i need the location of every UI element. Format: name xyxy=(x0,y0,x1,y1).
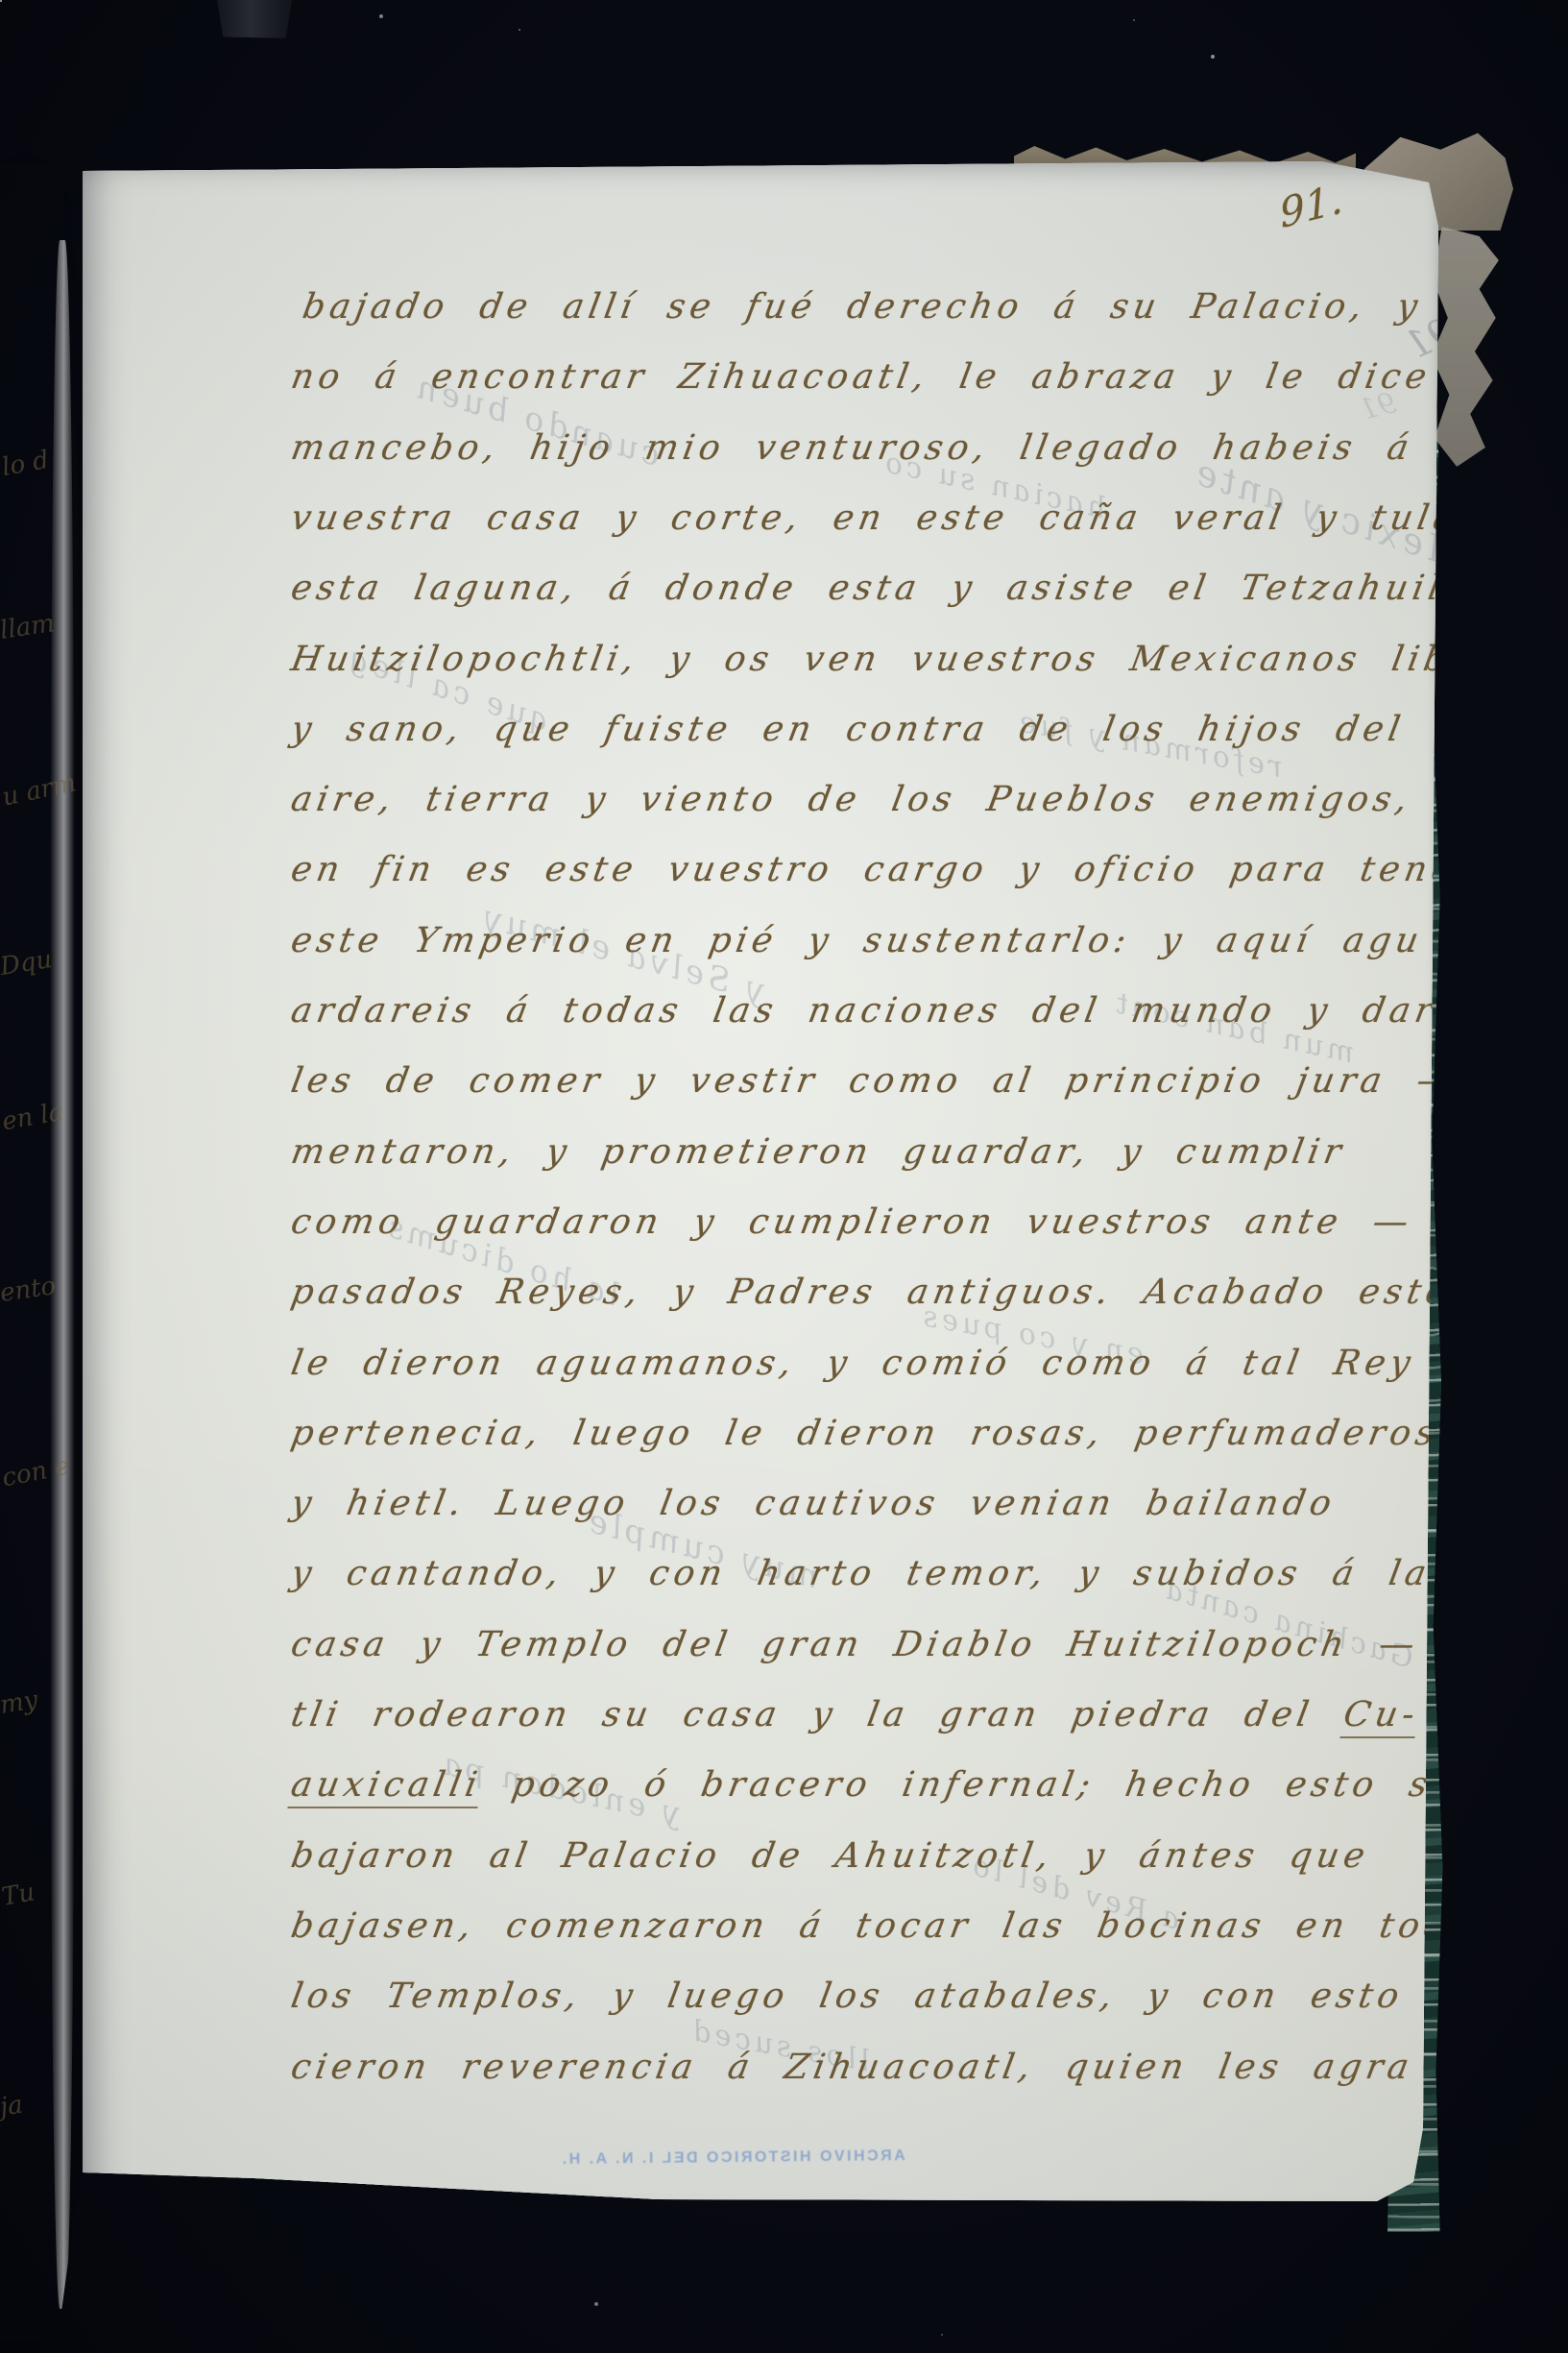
manuscript-line: este Ymperio en pié y sustentarlo: y aqu… xyxy=(288,921,1497,960)
manuscript-line: mentaron, y prometieron guardar, y cumpl… xyxy=(288,1132,1349,1172)
manuscript-line: aire, tierra y viento de los Pueblos ene… xyxy=(288,780,1511,819)
manuscript-line: los Templos, y luego los atabales, y con… xyxy=(288,1977,1551,2016)
manuscript-line: pertenecia, luego le dieron rosas, perfu… xyxy=(288,1414,1441,1453)
facing-page-text-fragment: lo d xyxy=(0,446,51,482)
manuscript-line: en fin es este vuestro cargo y oficio pa… xyxy=(288,850,1482,889)
manuscript-line: auxicalli pozo ó bracero infernal; hecho… xyxy=(288,1765,1460,1805)
manuscript-line: le dieron aguamanos, y comió como á tal … xyxy=(288,1344,1418,1383)
manuscript-line: y sano, que fuiste en contra de los hijo… xyxy=(288,710,1503,749)
manuscript-line: pasados Reyes, y Padres antiguos. Acabad… xyxy=(288,1273,1455,1312)
facing-page-text-fragment: Dqu xyxy=(0,945,54,982)
manuscript-line: como guardaron y cumplieron vuestros ant… xyxy=(288,1202,1416,1242)
manuscript-page: cuando buenhacian su coque ca llegreform… xyxy=(83,161,1438,2213)
manuscript-line: bajaron al Palacio de Ahuitzotl, y ántes… xyxy=(288,1836,1372,1876)
manuscript-line: les de comer y vestir como al principio … xyxy=(288,1061,1460,1101)
manuscript-line: y cantando, y con harto temor, y subidos… xyxy=(288,1554,1434,1593)
manuscript-line: vuestra casa y corte, en este caña veral… xyxy=(288,498,1567,538)
manuscript-line: Huitzilopochtli, y os ven vuestros Mexic… xyxy=(288,640,1501,679)
facing-page-text-fragment: Tu xyxy=(0,1878,36,1911)
spine-ribbon xyxy=(217,0,292,38)
dust-specks xyxy=(0,0,2,2)
torn-paper-remnant-right xyxy=(1427,227,1502,467)
facing-page-text-fragment: ja xyxy=(0,2091,25,2123)
photographed-manuscript: lo dllamu armDquen laentocon emyTuja cua… xyxy=(0,0,1568,2353)
facing-page-text-fragment: my xyxy=(0,1686,39,1720)
manuscript-line: casa y Templo del gran Diablo Huitzilopo… xyxy=(288,1625,1422,1664)
facing-page-text-fragment: llam xyxy=(0,609,57,645)
manuscript-line: ardareis á todas las naciones del mundo … xyxy=(288,991,1510,1031)
manuscript-line: no á encontrar Zihuacoatl, le abraza y l… xyxy=(288,357,1435,397)
manuscript-line: tli rodearon su casa y la gran piedra de… xyxy=(288,1695,1422,1734)
manuscript-line: esta laguna, á donde esta y asiste el Te… xyxy=(288,569,1518,608)
manuscript-line: bajasen, comenzaron á tocar las bocinas … xyxy=(288,1906,1503,1946)
manuscript-line: bajado de allí se fué derecho á su Palac… xyxy=(300,287,1568,327)
manuscript-line: cieron reverencia á Zihuacoatl, quien le… xyxy=(288,2048,1487,2087)
manuscript-line: mancebo, hijo mio venturoso, llegado hab… xyxy=(288,428,1416,468)
facing-page-sliver: lo dllamu armDquen laentocon emyTuja xyxy=(0,152,88,2353)
manuscript-line: y hietl. Luego los cautivos venian baila… xyxy=(288,1484,1339,1523)
